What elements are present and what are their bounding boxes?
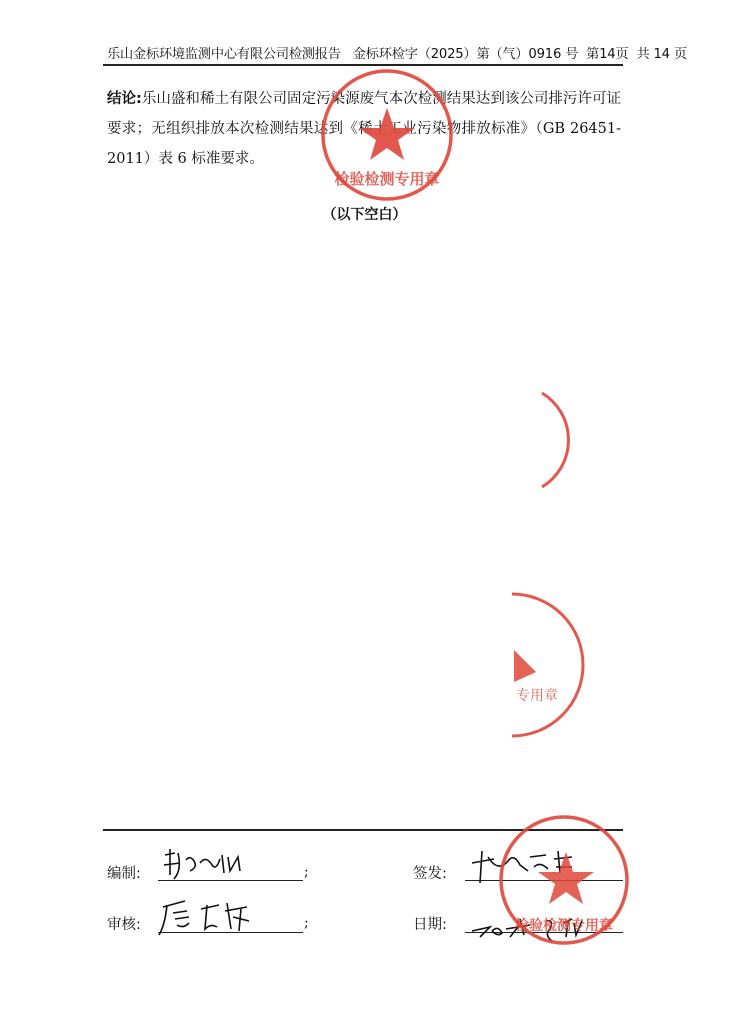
report-header: 乐山金标环境监测中心有限公司检测报告 金标环检字（2025）第（气）0916 号… (107, 43, 619, 62)
separator: ; (304, 915, 309, 931)
partial-seal-icon (520, 385, 590, 495)
conclusion-label: 结论: (107, 91, 142, 107)
date-label: 日期: (413, 913, 447, 934)
compiled-by-label: 编制: (107, 862, 141, 883)
inspection-seal-icon: 检验检测专用章 (318, 66, 456, 204)
partial-seal-icon: 专用章 (500, 590, 620, 740)
svg-text:检验检测专用章: 检验检测专用章 (515, 917, 613, 934)
header-page: 第14页 (586, 47, 628, 62)
header-report-number: 金标环检字（2025）第（气）0916 号 (353, 47, 578, 62)
issued-by-label: 签发: (413, 862, 447, 883)
separator: ; (304, 864, 309, 880)
compiler-signature-icon (160, 845, 260, 885)
header-total-pages: 共 14 页 (636, 47, 686, 62)
reviewer-signature-icon (155, 895, 265, 940)
header-company: 乐山金标环境监测中心有限公司检测报告 (107, 47, 341, 62)
company-seal-icon: 检验检测专用章 (496, 812, 632, 948)
svg-text:专用章: 专用章 (516, 687, 558, 704)
blank-below-note: （以下空白） (0, 204, 729, 224)
reviewed-by-label: 审核: (107, 913, 141, 934)
svg-text:检验检测专用章: 检验检测专用章 (334, 170, 439, 188)
